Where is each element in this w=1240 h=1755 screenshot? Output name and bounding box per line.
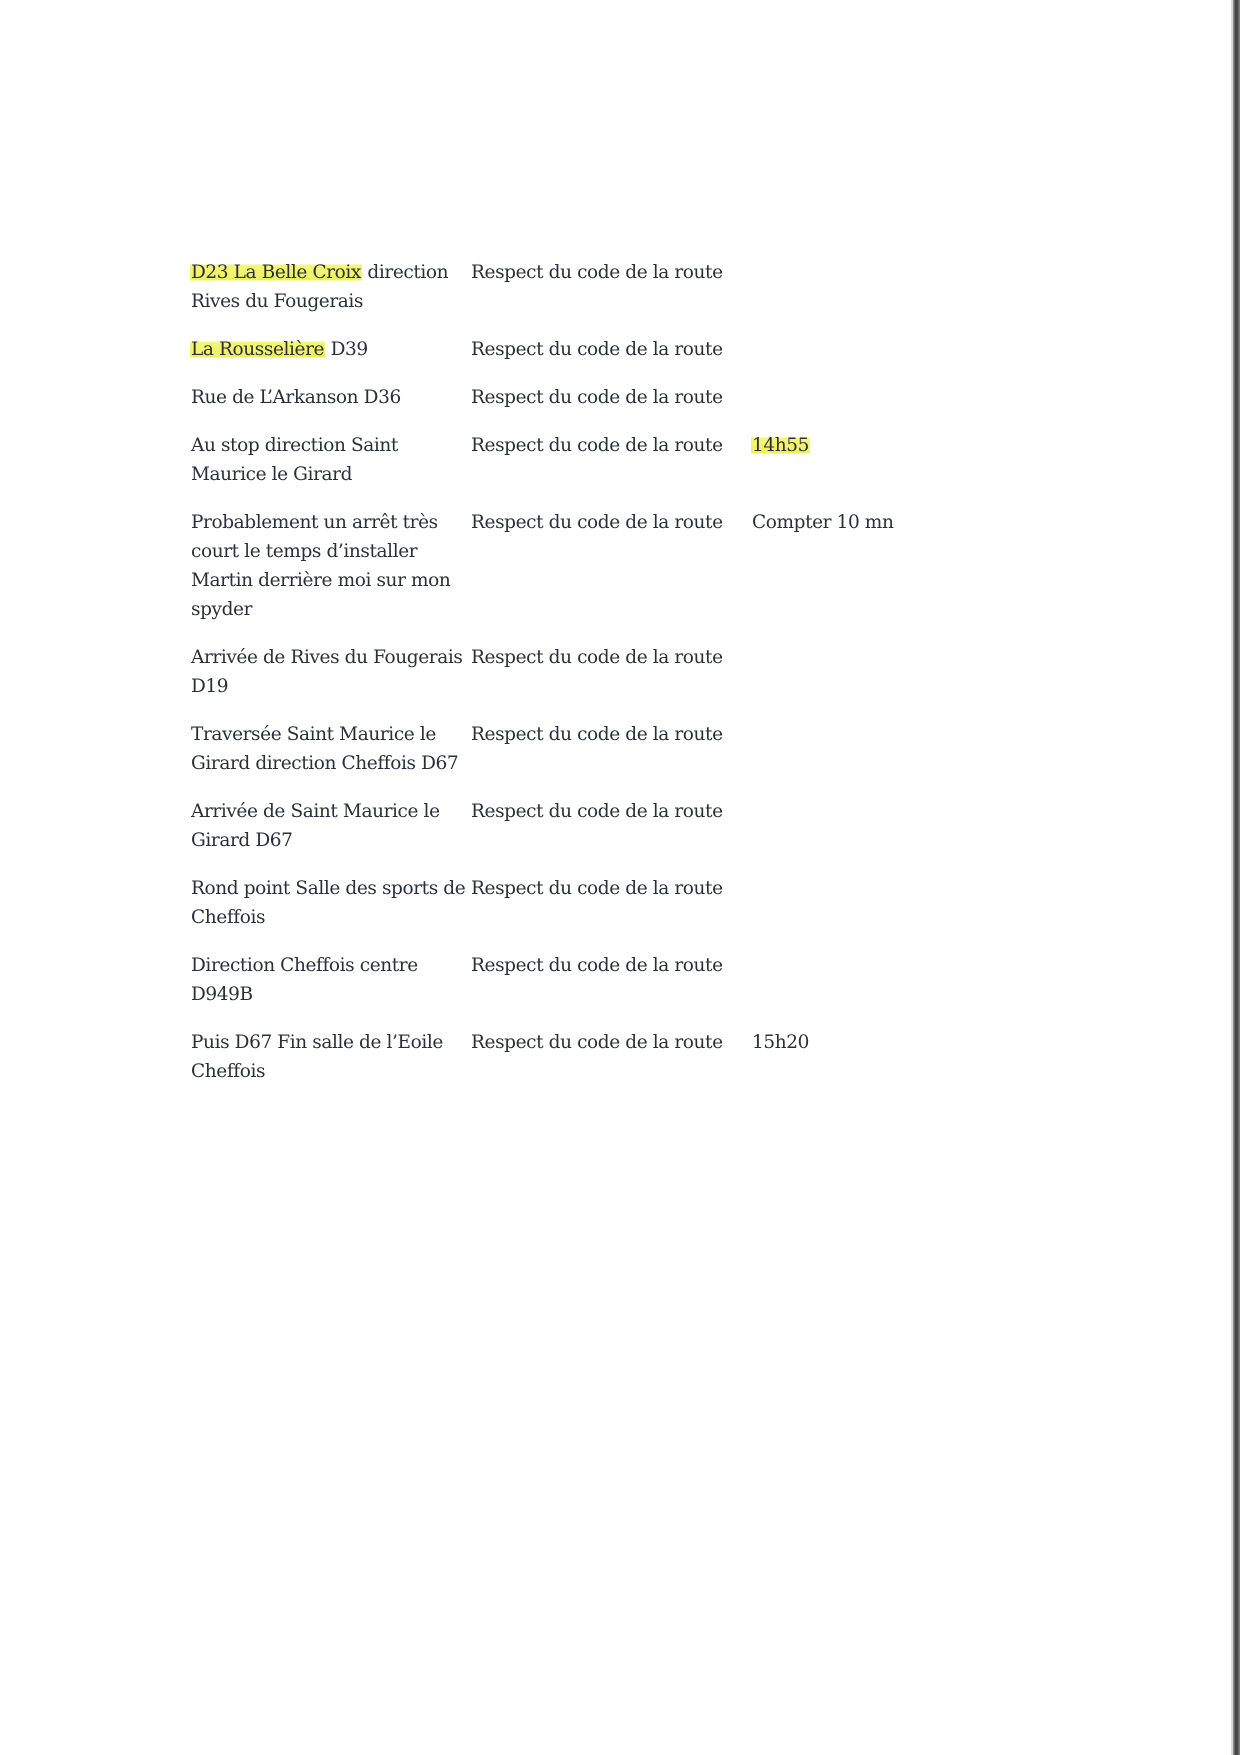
time-highlighted-text: 14h55 bbox=[751, 435, 810, 456]
itinerary-row: Traversée Saint Maurice le Girard direct… bbox=[191, 720, 951, 778]
time-cell: Compter 10 mn bbox=[752, 508, 951, 537]
time-text: 15h20 bbox=[752, 1032, 809, 1053]
location-cell: D23 La Belle Croix direction Rives du Fo… bbox=[191, 258, 471, 316]
rule-cell: Respect du code de la route bbox=[471, 643, 752, 672]
location-text: Rue de L’Arkanson D36 bbox=[191, 387, 401, 408]
rule-cell: Respect du code de la route bbox=[471, 383, 752, 412]
location-cell: Probablement un arrêt très court le temp… bbox=[191, 508, 471, 624]
time-cell: 14h55 bbox=[752, 431, 951, 460]
rule-cell: Respect du code de la route bbox=[471, 508, 752, 537]
route-itinerary-table: D23 La Belle Croix direction Rives du Fo… bbox=[191, 258, 951, 1105]
itinerary-rows: D23 La Belle Croix direction Rives du Fo… bbox=[191, 258, 951, 1086]
rule-cell: Respect du code de la route bbox=[471, 335, 752, 364]
location-text: Puis D67 Fin salle de l’Eoile Cheffois bbox=[191, 1032, 443, 1082]
location-text: Traversée Saint Maurice le Girard direct… bbox=[191, 724, 458, 774]
itinerary-row: Direction Cheffois centre D949B Respect … bbox=[191, 951, 951, 1009]
rule-cell: Respect du code de la route bbox=[471, 720, 752, 749]
location-cell: Rond point Salle des sports de Cheffois bbox=[191, 874, 471, 932]
rule-cell: Respect du code de la route bbox=[471, 1028, 752, 1057]
location-text: Au stop direction Saint Maurice le Girar… bbox=[191, 435, 398, 485]
location-highlighted-text: La Rousselière bbox=[190, 339, 325, 360]
rule-cell: Respect du code de la route bbox=[471, 431, 752, 460]
itinerary-row: Probablement un arrêt très court le temp… bbox=[191, 508, 951, 624]
location-cell: Rue de L’Arkanson D36 bbox=[191, 383, 471, 412]
location-cell: Au stop direction Saint Maurice le Girar… bbox=[191, 431, 471, 489]
time-cell: 15h20 bbox=[752, 1028, 951, 1057]
time-text: Compter 10 mn bbox=[752, 512, 893, 533]
itinerary-row: La Rousselière D39 Respect du code de la… bbox=[191, 335, 951, 364]
itinerary-row: Au stop direction Saint Maurice le Girar… bbox=[191, 431, 951, 489]
location-cell: La Rousselière D39 bbox=[191, 335, 471, 364]
location-cell: Direction Cheffois centre D949B bbox=[191, 951, 471, 1009]
location-text: Arrivée de Saint Maurice le Girard D67 bbox=[191, 801, 440, 851]
location-text: Arrivée de Rives du Fougerais D19 bbox=[191, 647, 462, 697]
itinerary-row: Arrivée de Saint Maurice le Girard D67 R… bbox=[191, 797, 951, 855]
itinerary-row: Puis D67 Fin salle de l’Eoile Cheffois R… bbox=[191, 1028, 951, 1086]
location-text: D39 bbox=[325, 339, 368, 360]
rule-cell: Respect du code de la route bbox=[471, 258, 752, 287]
location-cell: Arrivée de Saint Maurice le Girard D67 bbox=[191, 797, 471, 855]
location-text: Rond point Salle des sports de Cheffois bbox=[191, 878, 465, 928]
rule-cell: Respect du code de la route bbox=[471, 951, 752, 980]
location-text: Probablement un arrêt très court le temp… bbox=[191, 512, 450, 620]
itinerary-row: D23 La Belle Croix direction Rives du Fo… bbox=[191, 258, 951, 316]
location-cell: Arrivée de Rives du Fougerais D19 bbox=[191, 643, 471, 701]
location-cell: Traversée Saint Maurice le Girard direct… bbox=[191, 720, 471, 778]
itinerary-row: Arrivée de Rives du Fougerais D19 Respec… bbox=[191, 643, 951, 701]
rule-cell: Respect du code de la route bbox=[471, 797, 752, 826]
location-text: Direction Cheffois centre D949B bbox=[191, 955, 418, 1005]
scanner-border bbox=[1233, 0, 1240, 1755]
rule-cell: Respect du code de la route bbox=[471, 874, 752, 903]
location-highlighted-text: D23 La Belle Croix bbox=[190, 262, 362, 283]
itinerary-row: Rue de L’Arkanson D36 Respect du code de… bbox=[191, 383, 951, 412]
itinerary-row: Rond point Salle des sports de Cheffois … bbox=[191, 874, 951, 932]
location-cell: Puis D67 Fin salle de l’Eoile Cheffois bbox=[191, 1028, 471, 1086]
